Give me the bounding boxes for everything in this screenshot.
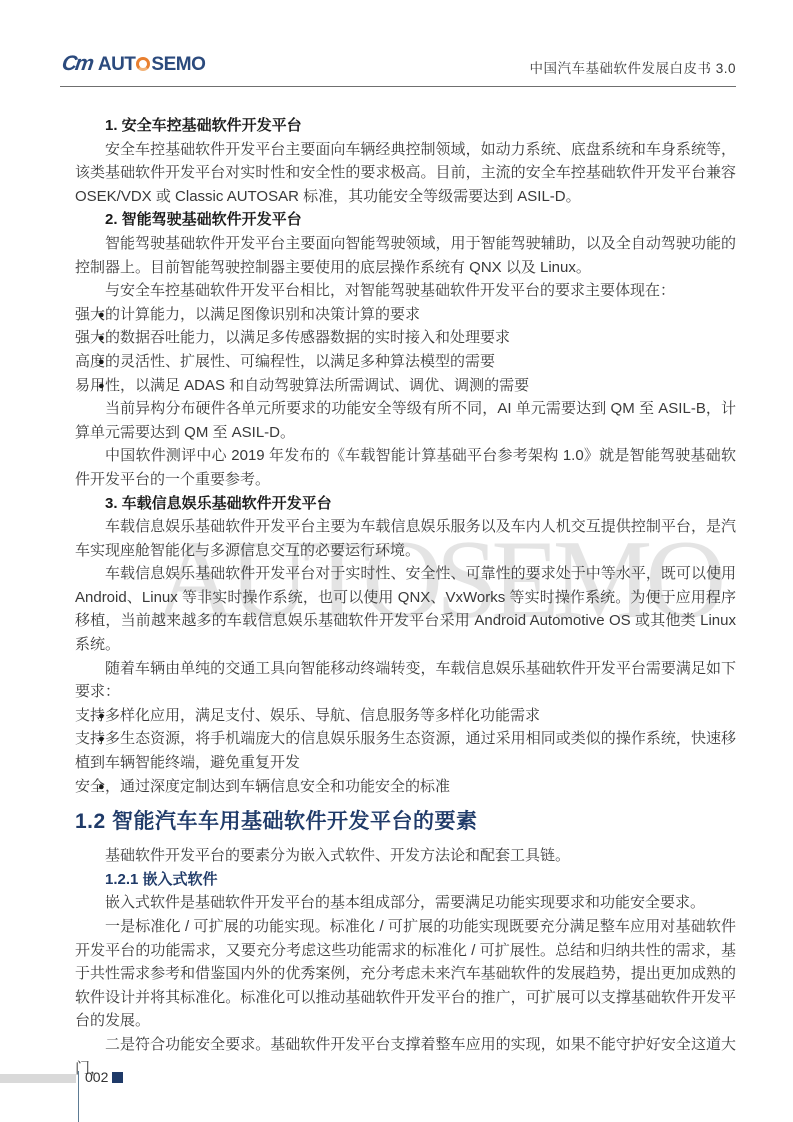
para: 当前异构分布硬件各单元所要求的功能安全等级有所不同，AI 单元需要达到 QM 至… xyxy=(75,397,736,444)
heading: 3. 车载信息娱乐基础软件开发平台 xyxy=(75,492,736,516)
footer-gray-bar xyxy=(0,1074,76,1083)
heading: 2. 智能驾驶基础软件开发平台 xyxy=(75,208,736,232)
para: 随着车辆由单纯的交通工具向智能移动终端转变，车载信息娱乐基础软件开发平台需要满足… xyxy=(75,657,736,704)
header-rule xyxy=(60,86,736,87)
bullet-item: 高度的灵活性、扩展性、可编程性，以满足多种算法模型的需要 xyxy=(75,350,736,374)
bullet-item: 支持多样化应用，满足支付、娱乐、导航、信息服务等多样化功能需求 xyxy=(75,704,736,728)
para: 二是符合功能安全要求。基础软件开发平台支撑着整车应用的实现，如果不能守护好安全这… xyxy=(75,1033,736,1080)
document-content: 1. 安全车控基础软件开发平台安全车控基础软件开发平台主要面向车辆经典控制领域，… xyxy=(75,114,736,1080)
logo-orange-o-icon xyxy=(136,57,150,71)
autosemo-logo: CmAUTSEMO xyxy=(62,52,205,76)
para: 与安全车控基础软件开发平台相比，对智能驾驶基础软件开发平台的要求主要体现在： xyxy=(75,279,736,303)
para: 一是标准化 / 可扩展的功能实现。标准化 / 可扩展的功能实现既要充分满足整车应… xyxy=(75,915,736,1033)
bullet-item: 安全，通过深度定制达到车辆信息安全和功能安全的标准 xyxy=(75,775,736,799)
logo-text-pre: AUT xyxy=(98,54,136,75)
bullet-item: 强大的数据吞吐能力，以满足多传感器数据的实时接入和处理要求 xyxy=(75,326,736,350)
para: 智能驾驶基础软件开发平台主要面向智能驾驶领域，用于智能驾驶辅助，以及全自动驾驶功… xyxy=(75,232,736,279)
para: 基础软件开发平台的要素分为嵌入式软件、开发方法论和配套工具链。 xyxy=(75,844,736,868)
page-number: 002 xyxy=(85,1069,108,1085)
para: 车载信息娱乐基础软件开发平台主要为车载信息娱乐服务以及车内人机交互提供控制平台，… xyxy=(75,515,736,562)
logo-text-post: SEMO xyxy=(151,54,205,75)
subsection-title: 1.2.1 嵌入式软件 xyxy=(75,868,736,892)
bullet-item: 支持多生态资源，将手机端庞大的信息娱乐服务生态资源，通过采用相同或类似的操作系统… xyxy=(75,727,736,774)
header-document-title: 中国汽车基础软件发展白皮书 3.0 xyxy=(529,57,736,77)
bullet-item: 易用性，以满足 ADAS 和自动驾驶算法所需调试、调优、调测的需要 xyxy=(75,374,736,398)
bullet-item: 强大的计算能力，以满足图像识别和决策计算的要求 xyxy=(75,303,736,327)
para: 中国软件测评中心 2019 年发布的《车载智能计算基础平台参考架构 1.0》就是… xyxy=(75,444,736,491)
page-number-square-icon xyxy=(112,1072,123,1083)
para: 车载信息娱乐基础软件开发平台对于实时性、安全性、可靠性的要求处于中等水平，既可以… xyxy=(75,562,736,656)
logo-wordmark: AUTSEMO xyxy=(98,54,206,75)
logo-cm-mark: Cm xyxy=(60,52,93,76)
para: 安全车控基础软件开发平台主要面向车辆经典控制领域，如动力系统、底盘系统和车身系统… xyxy=(75,138,736,209)
heading: 1. 安全车控基础软件开发平台 xyxy=(75,114,736,138)
section-title: 1.2 智能汽车车用基础软件开发平台的要素 xyxy=(75,807,736,837)
footer-vertical-line xyxy=(78,1071,79,1122)
para: 嵌入式软件是基础软件开发平台的基本组成部分，需要满足功能实现要求和功能安全要求。 xyxy=(75,891,736,915)
